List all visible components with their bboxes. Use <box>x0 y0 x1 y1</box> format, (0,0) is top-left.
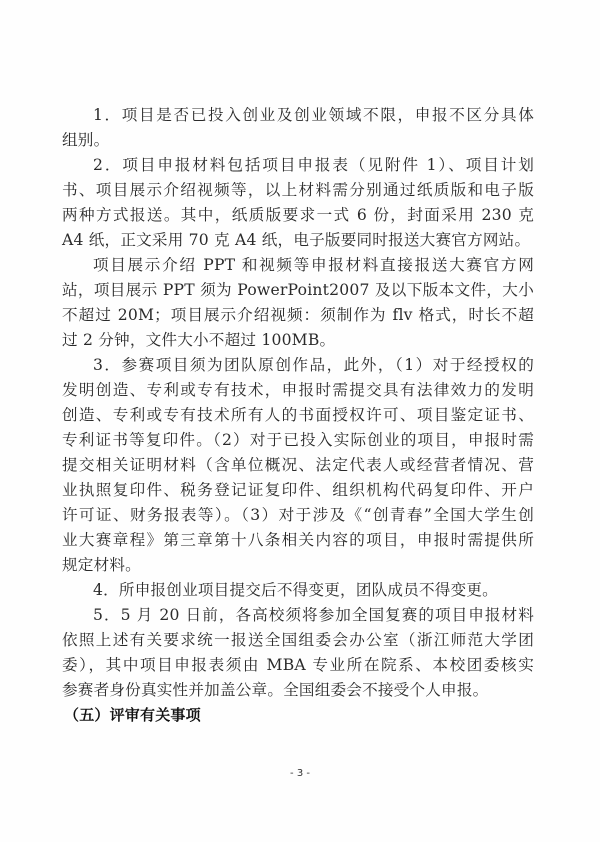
section-heading: （五）评审有关事项 <box>62 703 534 728</box>
paragraph-line: 依照上述有关要求统一报送全国组委会办公室（浙江师范大学团 <box>62 628 534 653</box>
paragraph-line: 4．所申报创业项目提交后不得变更，团队成员不得变更。 <box>62 578 534 603</box>
paragraph-line: 参赛者身份真实性并加盖公章。全国组委会不接受个人申报。 <box>62 678 534 703</box>
paragraph-line: 3．参赛项目须为团队原创作品，此外，（1）对于经授权的 <box>62 353 534 378</box>
page-number: - 3 - <box>0 768 600 779</box>
paragraph-line: 站，项目展示 PPT 须为 PowerPoint2007 及以下版本文件，大小 <box>62 278 534 303</box>
paragraph-line: A4 纸，正文采用 70 克 A4 纸，电子版要同时报送大赛官方网站。 <box>62 228 534 253</box>
paragraph-line: 专利证书等复印件。（2）对于已投入实际创业的项目，申报时需 <box>62 428 534 453</box>
paragraph-line: 两种方式报送。其中，纸质版要求一式 6 份，封面采用 230 克 <box>62 203 534 228</box>
paragraph-line: 委），其中项目申报表须由 MBA 专业所在院系、本校团委核实 <box>62 653 534 678</box>
paragraph-line: 过 2 分钟，文件大小不超过 100MB。 <box>62 328 534 353</box>
paragraph-line: 发明创造、专利或专有技术，申报时需提交具有法律效力的发明 <box>62 378 534 403</box>
paragraph-line: 提交相关证明材料（含单位概况、法定代表人或经营者情况、营 <box>62 453 534 478</box>
paragraph-line: 业大赛章程》第三章第十八条相关内容的项目，申报时需提供所 <box>62 528 534 553</box>
paragraph-line: 2．项目申报材料包括项目申报表（见附件 1）、项目计划 <box>62 153 534 178</box>
paragraph-line: 不超过 20M；项目展示介绍视频：须制作为 flv 格式，时长不超 <box>62 303 534 328</box>
paragraph-line: 书、项目展示介绍视频等，以上材料需分别通过纸质版和电子版 <box>62 178 534 203</box>
paragraph-line: 规定材料。 <box>62 553 534 578</box>
paragraph-line: 创造、专利或专有技术所有人的书面授权许可、项目鉴定证书、 <box>62 403 534 428</box>
paragraph-line: 1．项目是否已投入创业及创业领域不限，申报不区分具体 <box>62 103 534 128</box>
paragraph-line: 组别。 <box>62 128 534 153</box>
paragraph-line: 许可证、财务报表等）。（3）对于涉及《“创青春”全国大学生创 <box>62 503 534 528</box>
paragraph-line: 业执照复印件、税务登记证复印件、组织机构代码复印件、开户 <box>62 478 534 503</box>
document-body: 1．项目是否已投入创业及创业领域不限，申报不区分具体 组别。 2．项目申报材料包… <box>62 103 534 728</box>
paragraph-line: 项目展示介绍 PPT 和视频等申报材料直接报送大赛官方网 <box>62 253 534 278</box>
paragraph-line: 5．5 月 20 日前，各高校须将参加全国复赛的项目申报材料 <box>62 603 534 628</box>
document-page: 1．项目是否已投入创业及创业领域不限，申报不区分具体 组别。 2．项目申报材料包… <box>0 0 600 842</box>
